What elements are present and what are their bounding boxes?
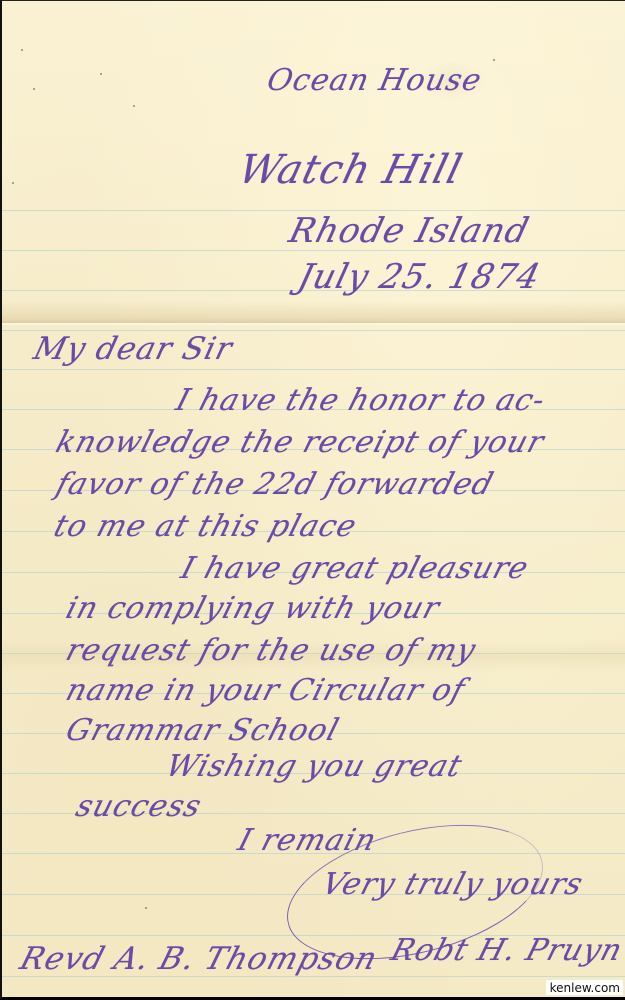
body-line: knowledge the receipt of your — [52, 425, 548, 460]
closing-valediction: Very truly yours — [318, 867, 587, 902]
letterhead-place: Ocean House — [264, 63, 485, 98]
paper-speck — [133, 105, 135, 107]
body-line: in complying with your — [62, 591, 444, 626]
salutation: My dear Sir — [30, 331, 236, 367]
ruled-line — [2, 369, 625, 370]
body-line: favor of the 22d forwarded — [52, 467, 498, 502]
letter-scan: Ocean House Watch Hill Rhode Island July… — [0, 0, 625, 1000]
letterhead-locality: Watch Hill — [234, 147, 467, 193]
paper-speck — [21, 49, 23, 51]
body-line: Grammar School — [62, 713, 343, 748]
paper-fold-shadow — [2, 301, 625, 323]
letter-date: July 25. 1874 — [294, 257, 545, 297]
signature: Robt H. Pruyn — [387, 933, 625, 968]
body-line: to me at this place — [50, 509, 361, 544]
body-line: I have great pleasure — [177, 551, 533, 586]
letterhead-state: Rhode Island — [285, 211, 533, 251]
body-line: name in your Circular of — [62, 673, 469, 708]
body-line: success — [72, 789, 206, 824]
paper-speck — [33, 88, 35, 90]
watermark: kenlew.com — [546, 980, 623, 995]
paper-speck — [100, 73, 102, 75]
paper-speck — [12, 182, 14, 184]
body-line: Wishing you great — [162, 749, 466, 784]
body-line: request for the use of my — [62, 633, 480, 668]
body-line: I have the honor to ac- — [172, 383, 550, 418]
paper-speck — [493, 59, 495, 61]
paper-speck — [145, 907, 147, 909]
paper-fold-crease — [2, 323, 625, 325]
addressee: Revd A. B. Thompson — [16, 941, 382, 977]
